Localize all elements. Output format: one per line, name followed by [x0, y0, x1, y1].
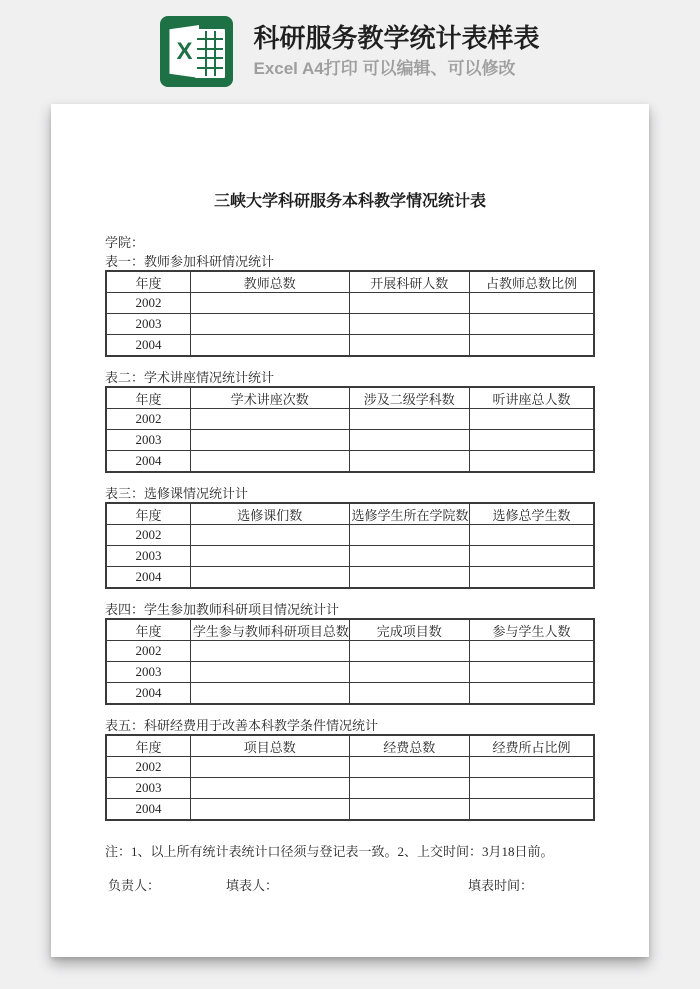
- empty-data-cell: [470, 335, 594, 357]
- empty-data-cell: [190, 430, 349, 451]
- empty-data-cell: [470, 314, 594, 335]
- empty-data-cell: [190, 451, 349, 473]
- table-row: 2002: [106, 525, 594, 546]
- table-row: 2004: [106, 799, 594, 821]
- signature-row: 负责人： 填表人： 填表时间：: [105, 875, 595, 895]
- empty-data-cell: [470, 546, 594, 567]
- year-cell: 2002: [106, 641, 190, 662]
- table-header-row: 年度学术讲座次数涉及二级学科数听讲座总人数: [106, 387, 594, 409]
- filler-label: 填表人：: [226, 875, 278, 894]
- note-line: 注：1、以上所有统计表统计口径须与登记表一致。2、上交时间：3月18日前。: [105, 843, 595, 861]
- stat-table: 年度学生参与教师科研项目总数完成项目数参与学生人数2002 2003 2004: [105, 618, 595, 705]
- excel-icon: X: [160, 16, 233, 87]
- table-row: 2004: [106, 567, 594, 589]
- empty-data-cell: [349, 525, 470, 546]
- year-cell: 2002: [106, 293, 190, 314]
- empty-data-cell: [190, 799, 349, 821]
- empty-data-cell: [349, 546, 470, 567]
- header-cell: 年度: [106, 387, 190, 409]
- empty-data-cell: [190, 293, 349, 314]
- header-cell: 选修总学生数: [470, 503, 594, 525]
- empty-data-cell: [190, 778, 349, 799]
- year-cell: 2002: [106, 525, 190, 546]
- table-row: 2003: [106, 546, 594, 567]
- fill-time-label: 填表时间：: [468, 875, 533, 894]
- stat-table: 年度项目总数经费总数经费所占比例2002 2003 2004: [105, 734, 595, 821]
- year-cell: 2004: [106, 335, 190, 357]
- year-cell: 2004: [106, 567, 190, 589]
- empty-data-cell: [349, 799, 470, 821]
- empty-data-cell: [190, 683, 349, 705]
- table-section-4: 表四：学生参加教师科研项目情况统计计年度学生参与教师科研项目总数完成项目数参与学…: [105, 602, 595, 705]
- empty-data-cell: [470, 662, 594, 683]
- empty-data-cell: [190, 567, 349, 589]
- table-row: 2002: [106, 757, 594, 778]
- table-row: 2003: [106, 430, 594, 451]
- table-caption: 表一：教师参加科研情况统计: [105, 254, 595, 270]
- table-section-1: 表一：教师参加科研情况统计年度教师总数开展科研人数占教师总数比例2002 200…: [105, 254, 595, 357]
- table-section-2: 表二：学术讲座情况统计统计年度学术讲座次数涉及二级学科数听讲座总人数2002 2…: [105, 370, 595, 473]
- empty-data-cell: [470, 757, 594, 778]
- empty-data-cell: [470, 451, 594, 473]
- empty-data-cell: [349, 683, 470, 705]
- empty-data-cell: [470, 641, 594, 662]
- table-caption: 表三：选修课情况统计计: [105, 486, 595, 502]
- header-cell: 参与学生人数: [470, 619, 594, 641]
- header-cell: 选修学生所在学院数: [349, 503, 470, 525]
- empty-data-cell: [349, 778, 470, 799]
- year-cell: 2003: [106, 546, 190, 567]
- table-row: 2003: [106, 662, 594, 683]
- header-cell: 经费总数: [349, 735, 470, 757]
- tables-container: 表一：教师参加科研情况统计年度教师总数开展科研人数占教师总数比例2002 200…: [105, 254, 595, 821]
- year-cell: 2004: [106, 683, 190, 705]
- empty-data-cell: [470, 778, 594, 799]
- table-caption: 表四：学生参加教师科研项目情况统计计: [105, 602, 595, 618]
- stat-table: 年度学术讲座次数涉及二级学科数听讲座总人数2002 2003 2004: [105, 386, 595, 473]
- header-cell: 年度: [106, 271, 190, 293]
- responsible-label: 负责人：: [108, 875, 160, 894]
- college-label: 学院：: [105, 234, 595, 252]
- header-cell: 学生参与教师科研项目总数: [190, 619, 349, 641]
- table-header-row: 年度选修课们数选修学生所在学院数选修总学生数: [106, 503, 594, 525]
- table-row: 2002: [106, 641, 594, 662]
- empty-data-cell: [190, 662, 349, 683]
- banner-title: 科研服务教学统计表样表: [253, 23, 539, 54]
- header-cell: 占教师总数比例: [470, 271, 594, 293]
- year-cell: 2004: [106, 451, 190, 473]
- empty-data-cell: [190, 409, 349, 430]
- header-cell: 年度: [106, 619, 190, 641]
- empty-data-cell: [190, 314, 349, 335]
- header-cell: 经费所占比例: [470, 735, 594, 757]
- empty-data-cell: [190, 335, 349, 357]
- empty-data-cell: [349, 757, 470, 778]
- stat-table: 年度选修课们数选修学生所在学院数选修总学生数2002 2003 2004: [105, 502, 595, 589]
- empty-data-cell: [349, 567, 470, 589]
- empty-data-cell: [470, 430, 594, 451]
- header-cell: 年度: [106, 735, 190, 757]
- empty-data-cell: [190, 757, 349, 778]
- table-section-5: 表五：科研经费用于改善本科教学条件情况统计年度项目总数经费总数经费所占比例200…: [105, 718, 595, 821]
- empty-data-cell: [349, 335, 470, 357]
- empty-data-cell: [349, 293, 470, 314]
- table-header-row: 年度教师总数开展科研人数占教师总数比例: [106, 271, 594, 293]
- empty-data-cell: [349, 662, 470, 683]
- year-cell: 2004: [106, 799, 190, 821]
- table-header-row: 年度项目总数经费总数经费所占比例: [106, 735, 594, 757]
- excel-icon-grid: [195, 29, 225, 78]
- empty-data-cell: [190, 525, 349, 546]
- table-row: 2004: [106, 451, 594, 473]
- empty-data-cell: [470, 567, 594, 589]
- header-cell: 年度: [106, 503, 190, 525]
- year-cell: 2003: [106, 430, 190, 451]
- year-cell: 2002: [106, 757, 190, 778]
- template-banner: X 科研服务教学统计表样表 Excel A4打印 可以编辑、可以修改: [0, 0, 700, 103]
- table-row: 2004: [106, 683, 594, 705]
- empty-data-cell: [349, 314, 470, 335]
- empty-data-cell: [470, 409, 594, 430]
- header-cell: 教师总数: [190, 271, 349, 293]
- empty-data-cell: [470, 293, 594, 314]
- header-cell: 涉及二级学科数: [349, 387, 470, 409]
- table-row: 2002: [106, 293, 594, 314]
- empty-data-cell: [349, 409, 470, 430]
- empty-data-cell: [349, 451, 470, 473]
- table-caption: 表五：科研经费用于改善本科教学条件情况统计: [105, 718, 595, 734]
- empty-data-cell: [349, 430, 470, 451]
- empty-data-cell: [470, 683, 594, 705]
- table-header-row: 年度学生参与教师科研项目总数完成项目数参与学生人数: [106, 619, 594, 641]
- year-cell: 2003: [106, 662, 190, 683]
- header-cell: 完成项目数: [349, 619, 470, 641]
- table-row: 2003: [106, 314, 594, 335]
- empty-data-cell: [470, 525, 594, 546]
- header-cell: 开展科研人数: [349, 271, 470, 293]
- year-cell: 2003: [106, 314, 190, 335]
- header-cell: 学术讲座次数: [190, 387, 349, 409]
- table-row: 2002: [106, 409, 594, 430]
- year-cell: 2002: [106, 409, 190, 430]
- stat-table: 年度教师总数开展科研人数占教师总数比例2002 2003 2004: [105, 270, 595, 357]
- banner-subtitle: Excel A4打印 可以编辑、可以修改: [253, 59, 539, 79]
- empty-data-cell: [190, 641, 349, 662]
- document-page: 三峡大学科研服务本科教学情况统计表 学院： 表一：教师参加科研情况统计年度教师总…: [51, 104, 649, 957]
- table-caption: 表二：学术讲座情况统计统计: [105, 370, 595, 386]
- table-section-3: 表三：选修课情况统计计年度选修课们数选修学生所在学院数选修总学生数2002 20…: [105, 486, 595, 589]
- table-row: 2004: [106, 335, 594, 357]
- empty-data-cell: [349, 641, 470, 662]
- year-cell: 2003: [106, 778, 190, 799]
- header-cell: 听讲座总人数: [470, 387, 594, 409]
- table-row: 2003: [106, 778, 594, 799]
- excel-icon-letter: X: [176, 40, 192, 64]
- empty-data-cell: [470, 799, 594, 821]
- document-title: 三峡大学科研服务本科教学情况统计表: [105, 190, 595, 214]
- empty-data-cell: [190, 546, 349, 567]
- banner-text: 科研服务教学统计表样表 Excel A4打印 可以编辑、可以修改: [253, 23, 539, 80]
- header-cell: 选修课们数: [190, 503, 349, 525]
- header-cell: 项目总数: [190, 735, 349, 757]
